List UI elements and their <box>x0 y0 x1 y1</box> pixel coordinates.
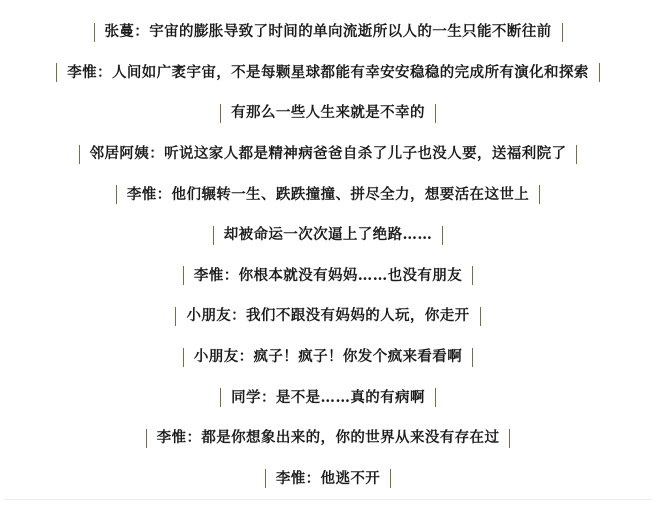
quote-list: 张蔓：宇宙的膨胀导致了时间的单向流逝所以人的一生只能不断往前 李惟：人间如广袤宇… <box>0 12 656 499</box>
bar-divider <box>265 469 266 488</box>
bar-divider <box>183 348 184 367</box>
bar-divider <box>116 185 117 204</box>
quote-text: 李惟：他们辗转一生、跌跌撞撞、拼尽全力，想要活在这世上 <box>127 185 529 205</box>
quote-text: 李惟：人间如广袤宇宙，不是每颗星球都能有幸安安稳稳的完成所有演化和探索 <box>67 63 589 83</box>
bar-divider <box>472 348 473 367</box>
bar-divider <box>220 104 221 123</box>
bar-divider <box>480 307 481 326</box>
quote-line: 李惟：你根本就没有妈妈……也没有朋友 <box>0 256 656 297</box>
quote-line: 小朋友：疯子！疯子！你发个疯来看看啊 <box>0 337 656 378</box>
bar-divider <box>509 429 510 448</box>
bar-divider <box>390 469 391 488</box>
quote-line: 却被命运一次次逼上了绝路…… <box>0 215 656 256</box>
quote-text: 李惟：你根本就没有妈妈……也没有朋友 <box>194 266 462 286</box>
quote-line: 李惟：都是你想象出来的，你的世界从来没有存在过 <box>0 418 656 459</box>
bar-divider <box>442 226 443 245</box>
bar-divider <box>539 185 540 204</box>
bar-divider <box>56 63 57 82</box>
horizontal-divider <box>4 499 652 500</box>
bar-divider <box>213 226 214 245</box>
bar-divider <box>79 145 80 164</box>
quote-line: 李惟：他们辗转一生、跌跌撞撞、拼尽全力，想要活在这世上 <box>0 174 656 215</box>
quote-text: 小朋友：疯子！疯子！你发个疯来看看啊 <box>194 347 462 367</box>
bar-divider <box>472 266 473 285</box>
quote-text: 却被命运一次次逼上了绝路…… <box>224 225 433 245</box>
quote-line: 邻居阿姨：听说这家人都是精神病爸爸自杀了儿子也没人要，送福利院了 <box>0 134 656 175</box>
quote-text: 同学：是不是……真的有病啊 <box>231 388 425 408</box>
quote-text: 李惟：他逃不开 <box>276 469 380 489</box>
bar-divider <box>220 388 221 407</box>
bar-divider <box>183 266 184 285</box>
bar-divider <box>562 23 563 42</box>
bar-divider <box>175 307 176 326</box>
bar-divider <box>599 63 600 82</box>
bar-divider <box>435 104 436 123</box>
quote-line: 同学：是不是……真的有病啊 <box>0 377 656 418</box>
bar-divider <box>94 23 95 42</box>
quote-text: 张蔓：宇宙的膨胀导致了时间的单向流逝所以人的一生只能不断往前 <box>105 22 552 42</box>
quote-text: 邻居阿姨：听说这家人都是精神病爸爸自杀了儿子也没人要，送福利院了 <box>90 144 567 164</box>
quote-text: 有那么一些人生来就是不幸的 <box>231 103 425 123</box>
quote-line: 李惟：人间如广袤宇宙，不是每颗星球都能有幸安安稳稳的完成所有演化和探索 <box>0 53 656 94</box>
quote-line: 李惟：他逃不开 <box>0 459 656 500</box>
quote-line: 张蔓：宇宙的膨胀导致了时间的单向流逝所以人的一生只能不断往前 <box>0 12 656 53</box>
quote-text: 小朋友：我们不跟没有妈妈的人玩，你走开 <box>186 306 469 326</box>
bar-divider <box>146 429 147 448</box>
bar-divider <box>435 388 436 407</box>
quote-text: 李惟：都是你想象出来的，你的世界从来没有存在过 <box>157 428 500 448</box>
quote-line: 有那么一些人生来就是不幸的 <box>0 93 656 134</box>
bar-divider <box>576 145 577 164</box>
quote-line: 小朋友：我们不跟没有妈妈的人玩，你走开 <box>0 296 656 337</box>
